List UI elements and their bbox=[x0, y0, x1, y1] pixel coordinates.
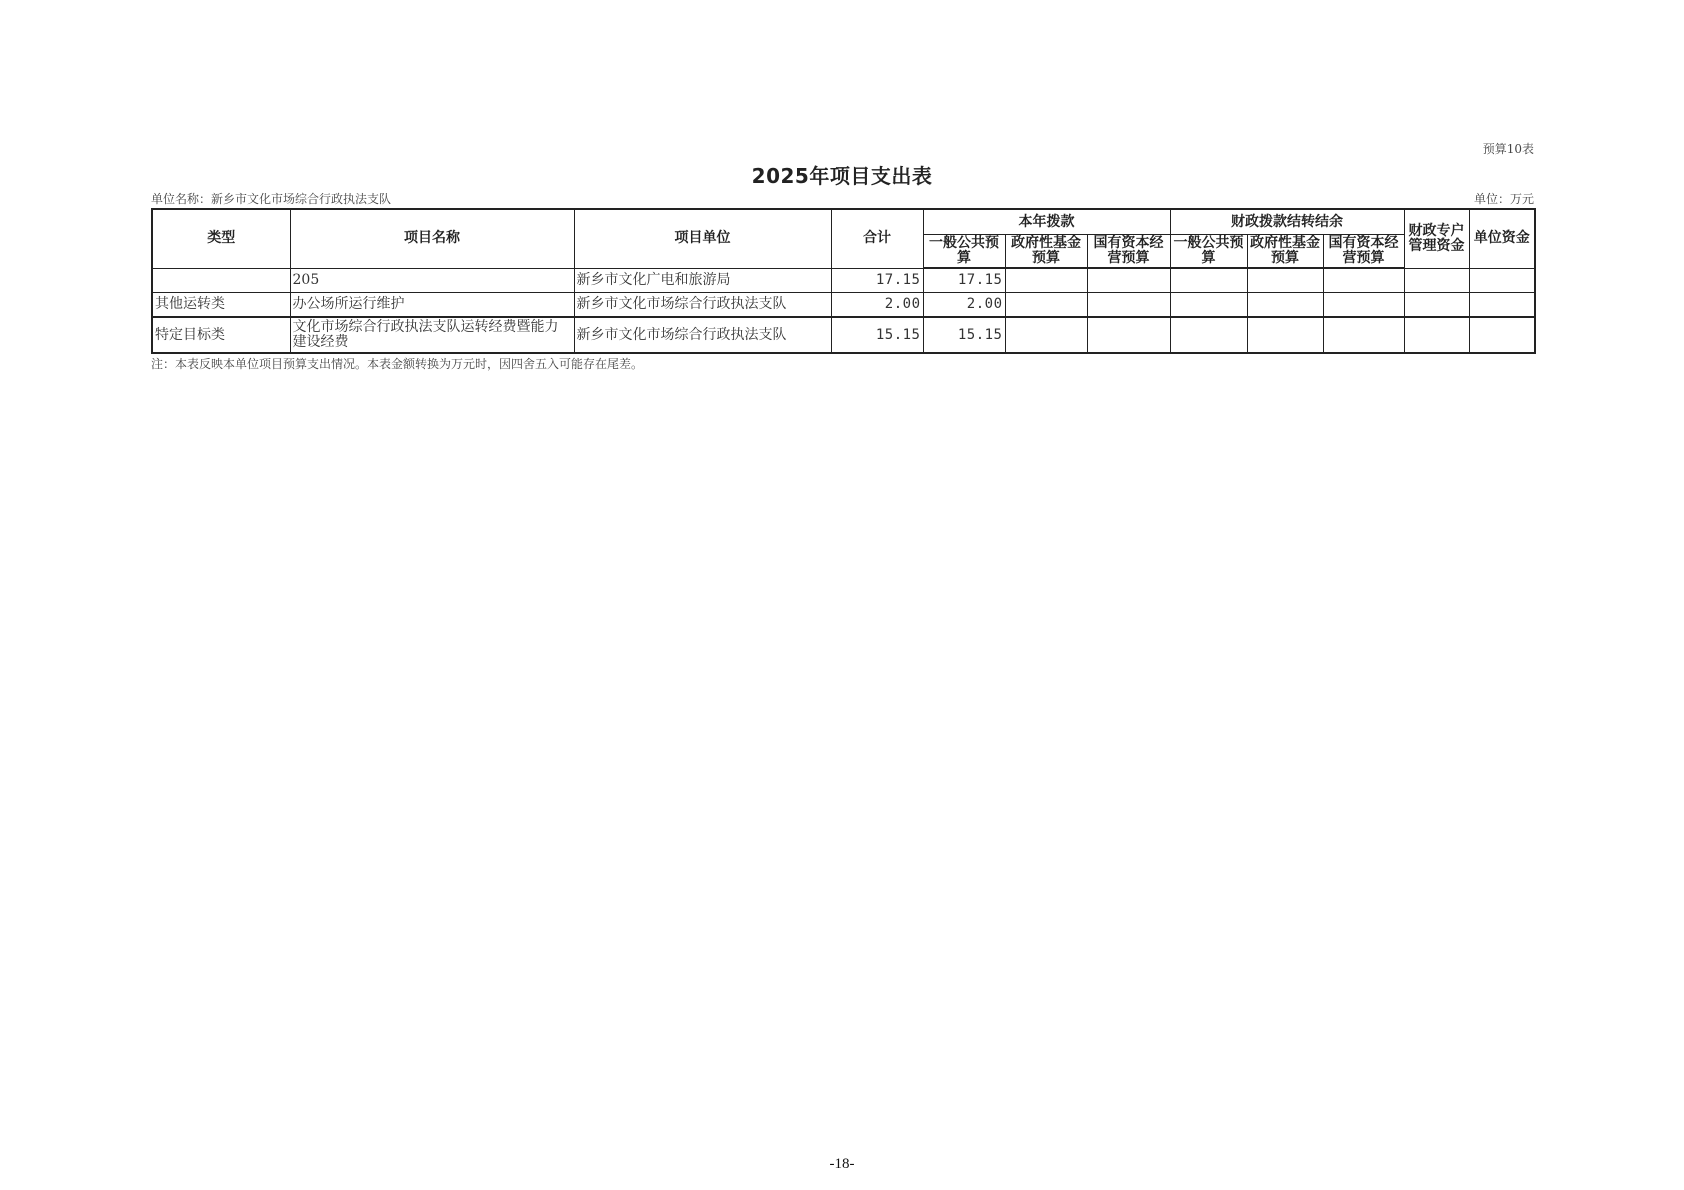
table-row: 其他运转类 办公场所运行维护 新乡市文化市场综合行政执法支队 2.00 2.00 bbox=[152, 293, 1535, 318]
header-cy-fund: 政府性基金预算 bbox=[1005, 235, 1087, 269]
table-row: 205 新乡市文化广电和旅游局 17.15 17.15 bbox=[152, 268, 1535, 293]
cell-type: 其他运转类 bbox=[152, 293, 290, 318]
header-type: 类型 bbox=[152, 209, 290, 268]
cell-special-account bbox=[1404, 293, 1469, 318]
cell-co-state bbox=[1323, 268, 1404, 293]
cell-cy-fund bbox=[1005, 268, 1087, 293]
cell-type bbox=[152, 268, 290, 293]
header-co-fund: 政府性基金预算 bbox=[1247, 235, 1323, 269]
header-unit-funds: 单位资金 bbox=[1469, 209, 1535, 268]
project-expenditure-table: 类型 项目名称 项目单位 合计 本年拨款 财政拨款结转结余 财政专户管理资金 单… bbox=[151, 208, 1536, 354]
cell-total: 2.00 bbox=[831, 293, 923, 318]
cell-co-fund bbox=[1247, 293, 1323, 318]
cell-cy-state bbox=[1087, 268, 1170, 293]
cell-project-unit: 新乡市文化市场综合行政执法支队 bbox=[574, 293, 831, 318]
header-total: 合计 bbox=[831, 209, 923, 268]
unit-name-label: 单位名称：新乡市文化市场综合行政执法支队 bbox=[151, 190, 391, 207]
header-carryover-group: 财政拨款结转结余 bbox=[1170, 209, 1404, 235]
page-title: 2025年项目支出表 bbox=[0, 160, 1684, 189]
cell-total: 15.15 bbox=[831, 317, 923, 353]
cell-cy-fund bbox=[1005, 317, 1087, 353]
cell-cy-general: 17.15 bbox=[923, 268, 1005, 293]
header-project-unit: 项目单位 bbox=[574, 209, 831, 268]
cell-total: 17.15 bbox=[831, 268, 923, 293]
cell-project-unit: 新乡市文化广电和旅游局 bbox=[574, 268, 831, 293]
cell-project-unit: 新乡市文化市场综合行政执法支队 bbox=[574, 317, 831, 353]
header-project-name: 项目名称 bbox=[290, 209, 574, 268]
header-current-year-group: 本年拨款 bbox=[923, 209, 1170, 235]
cell-cy-state bbox=[1087, 293, 1170, 318]
header-co-general: 一般公共预算 bbox=[1170, 235, 1247, 269]
header-cy-general: 一般公共预算 bbox=[923, 235, 1005, 269]
header-cy-state: 国有资本经营预算 bbox=[1087, 235, 1170, 269]
cell-project-name: 办公场所运行维护 bbox=[290, 293, 574, 318]
cell-unit-funds bbox=[1469, 293, 1535, 318]
page-number: -18- bbox=[0, 1156, 1684, 1173]
cell-co-fund bbox=[1247, 268, 1323, 293]
cell-cy-state bbox=[1087, 317, 1170, 353]
cell-project-name: 文化市场综合行政执法支队运转经费暨能力建设经费 bbox=[290, 317, 574, 353]
cell-co-state bbox=[1323, 293, 1404, 318]
header-special-account: 财政专户管理资金 bbox=[1404, 209, 1469, 268]
cell-type: 特定目标类 bbox=[152, 317, 290, 353]
cell-unit-funds bbox=[1469, 268, 1535, 293]
cell-co-state bbox=[1323, 317, 1404, 353]
table-footnote: 注：本表反映本单位项目预算支出情况。本表金额转换为万元时，因四舍五入可能存在尾差… bbox=[151, 355, 643, 372]
cell-co-fund bbox=[1247, 317, 1323, 353]
cell-cy-general: 2.00 bbox=[923, 293, 1005, 318]
table-row: 特定目标类 文化市场综合行政执法支队运转经费暨能力建设经费 新乡市文化市场综合行… bbox=[152, 317, 1535, 353]
cell-co-general bbox=[1170, 268, 1247, 293]
form-number: 预算10表 bbox=[1483, 140, 1534, 157]
cell-co-general bbox=[1170, 317, 1247, 353]
header-co-state: 国有资本经营预算 bbox=[1323, 235, 1404, 269]
currency-unit-label: 单位：万元 bbox=[1474, 190, 1534, 207]
cell-cy-general: 15.15 bbox=[923, 317, 1005, 353]
cell-cy-fund bbox=[1005, 293, 1087, 318]
cell-project-name: 205 bbox=[290, 268, 574, 293]
cell-special-account bbox=[1404, 268, 1469, 293]
cell-co-general bbox=[1170, 293, 1247, 318]
cell-unit-funds bbox=[1469, 317, 1535, 353]
cell-special-account bbox=[1404, 317, 1469, 353]
